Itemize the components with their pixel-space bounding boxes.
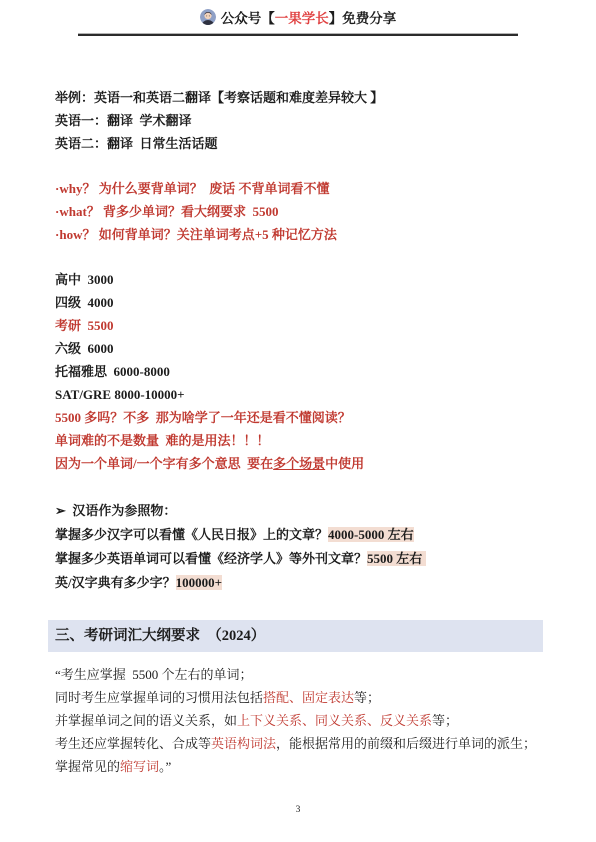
reference-question: 掌握多少英语单词可以看懂《经济学人》等外刊文章？ <box>55 551 367 566</box>
outline-line-1: “考生应掌握 5500 个左右的单词； <box>55 663 546 686</box>
reference-title-label: 汉语作为参照物： <box>72 503 176 518</box>
intro-title: 举例：英语一和英语二翻译【考察话题和难度差异较大 】 <box>55 86 546 109</box>
document-body: 举例：英语一和英语二翻译【考察话题和难度差异较大 】 英语一：翻译 学术翻译 英… <box>0 86 596 778</box>
outline-line-1-pre: “考生应掌握 5500 个左右的单词； <box>55 667 253 682</box>
reference-answer-highlight: 5500 左右 <box>367 551 426 566</box>
level-kaoyan: 考研 5500 <box>55 314 546 337</box>
outline-line-5-post: 。” <box>159 759 171 774</box>
outline-line-5: 掌握常见的缩写词。” <box>55 755 546 778</box>
intro-block: 举例：英语一和英语二翻译【考察话题和难度差异较大 】 英语一：翻译 学术翻译 英… <box>55 86 546 155</box>
outline-line-2-post: 等； <box>354 690 380 705</box>
reference-question: 英/汉字典有多少字？ <box>55 575 176 590</box>
bullet-what: ·what？ 背多少单词？看大纲要求 5500 <box>55 200 546 223</box>
emphasis-line-3-pre: 因为一个单词/一个字有多个意思 要在 <box>55 456 273 471</box>
outline-line-2-pre: 同时考生应掌握单词的习惯用法包括 <box>55 690 263 705</box>
vocab-levels-block: 高中 3000 四级 4000 考研 5500 六级 6000 托福雅思 600… <box>55 268 546 406</box>
outline-line-3-post: 等； <box>432 713 458 728</box>
emphasis-line-2: 单词难的不是数量 难的是用法！！！ <box>55 429 546 452</box>
reference-answer-highlight: 4000-5000 左右 <box>328 527 414 542</box>
reference-item-dictionary: 英/汉字典有多少字？100000+ <box>55 571 546 595</box>
emphasis-line-3: 因为一个单词/一个字有多个意思 要在多个场景中使用 <box>55 452 546 475</box>
brand-post: 】免费分享 <box>329 11 397 26</box>
bullet-how: ·how？ 如何背单词？关注单词考点+5 种记忆方法 <box>55 223 546 246</box>
outline-line-2-red: 搭配、固定表达 <box>263 690 354 705</box>
header-rule <box>78 33 518 36</box>
bullet-why: ·why？ 为什么要背单词？ 废话 不背单词看不懂 <box>55 177 546 200</box>
outline-line-5-pre: 掌握常见的 <box>55 759 120 774</box>
emphasis-line-1: 5500 多吗？不多 那为啥学了一年还是看不懂阅读？ <box>55 406 546 429</box>
reference-item-renminribao: 掌握多少汉字可以看懂《人民日报》上的文章？4000-5000 左右 <box>55 523 546 547</box>
page-header: 公众号【一果学长】免费分享 <box>0 0 596 36</box>
brand: 公众号【一果学长】免费分享 <box>200 7 397 27</box>
outline-line-4: 考生还应掌握转化、合成等英语构词法，能根据常用的前缀和后缀进行单词的派生； <box>55 732 546 755</box>
page-number: 3 <box>0 805 596 815</box>
document-page: 公众号【一果学长】免费分享 举例：英语一和英语二翻译【考察话题和难度差异较大 】… <box>0 0 596 842</box>
emphasis-block: 5500 多吗？不多 那为啥学了一年还是看不懂阅读？ 单词难的不是数量 难的是用… <box>55 406 546 475</box>
reference-answer-highlight: 100000+ <box>176 575 222 590</box>
reference-title: ➢ 汉语作为参照物： <box>55 499 546 523</box>
outline-line-4-pre: 考生还应掌握转化、合成等 <box>55 736 211 751</box>
level-sat-gre: SAT/GRE 8000-10000+ <box>55 383 546 406</box>
brand-pre: 公众号【 <box>221 11 275 26</box>
boy-avatar-icon <box>200 9 216 25</box>
level-cet4: 四级 4000 <box>55 291 546 314</box>
outline-line-3: 并掌握单词之间的语义关系，如上下义关系、同义关系、反义关系等； <box>55 709 546 732</box>
reference-block: ➢ 汉语作为参照物： 掌握多少汉字可以看懂《人民日报》上的文章？4000-500… <box>55 499 546 595</box>
section-heading-2024-outline: 三、考研词汇大纲要求 （2024） <box>48 620 543 652</box>
level-highschool: 高中 3000 <box>55 268 546 291</box>
level-cet6: 六级 6000 <box>55 337 546 360</box>
reference-item-economist: 掌握多少英语单词可以看懂《经济学人》等外刊文章？5500 左右 <box>55 547 546 571</box>
intro-line-english2: 英语二：翻译 日常生活话题 <box>55 132 546 155</box>
outline-line-4-post: ，能根据常用的前缀和后缀进行单词的派生； <box>276 736 536 751</box>
brand-name: 一果学长 <box>275 11 329 26</box>
outline-paragraph: “考生应掌握 5500 个左右的单词； 同时考生应掌握单词的习惯用法包括搭配、固… <box>55 663 546 778</box>
intro-line-english1: 英语一：翻译 学术翻译 <box>55 109 546 132</box>
emphasis-line-3-post: 中使用 <box>325 456 364 471</box>
why-what-how-block: ·why？ 为什么要背单词？ 废话 不背单词看不懂 ·what？ 背多少单词？看… <box>55 177 546 246</box>
arrow-bullet-icon: ➢ <box>55 503 66 518</box>
outline-line-4-red: 英语构词法 <box>211 736 276 751</box>
outline-line-5-red: 缩写词 <box>120 759 159 774</box>
level-toefl-ielts: 托福雅思 6000-8000 <box>55 360 546 383</box>
outline-line-2: 同时考生应掌握单词的习惯用法包括搭配、固定表达等； <box>55 686 546 709</box>
outline-line-3-red: 上下义关系、同义关系、反义关系 <box>237 713 432 728</box>
emphasis-underlined-text: 多个场景 <box>273 456 325 471</box>
outline-line-3-pre: 并掌握单词之间的语义关系，如 <box>55 713 237 728</box>
reference-question: 掌握多少汉字可以看懂《人民日报》上的文章？ <box>55 527 328 542</box>
brand-text: 公众号【一果学长】免费分享 <box>221 7 397 27</box>
